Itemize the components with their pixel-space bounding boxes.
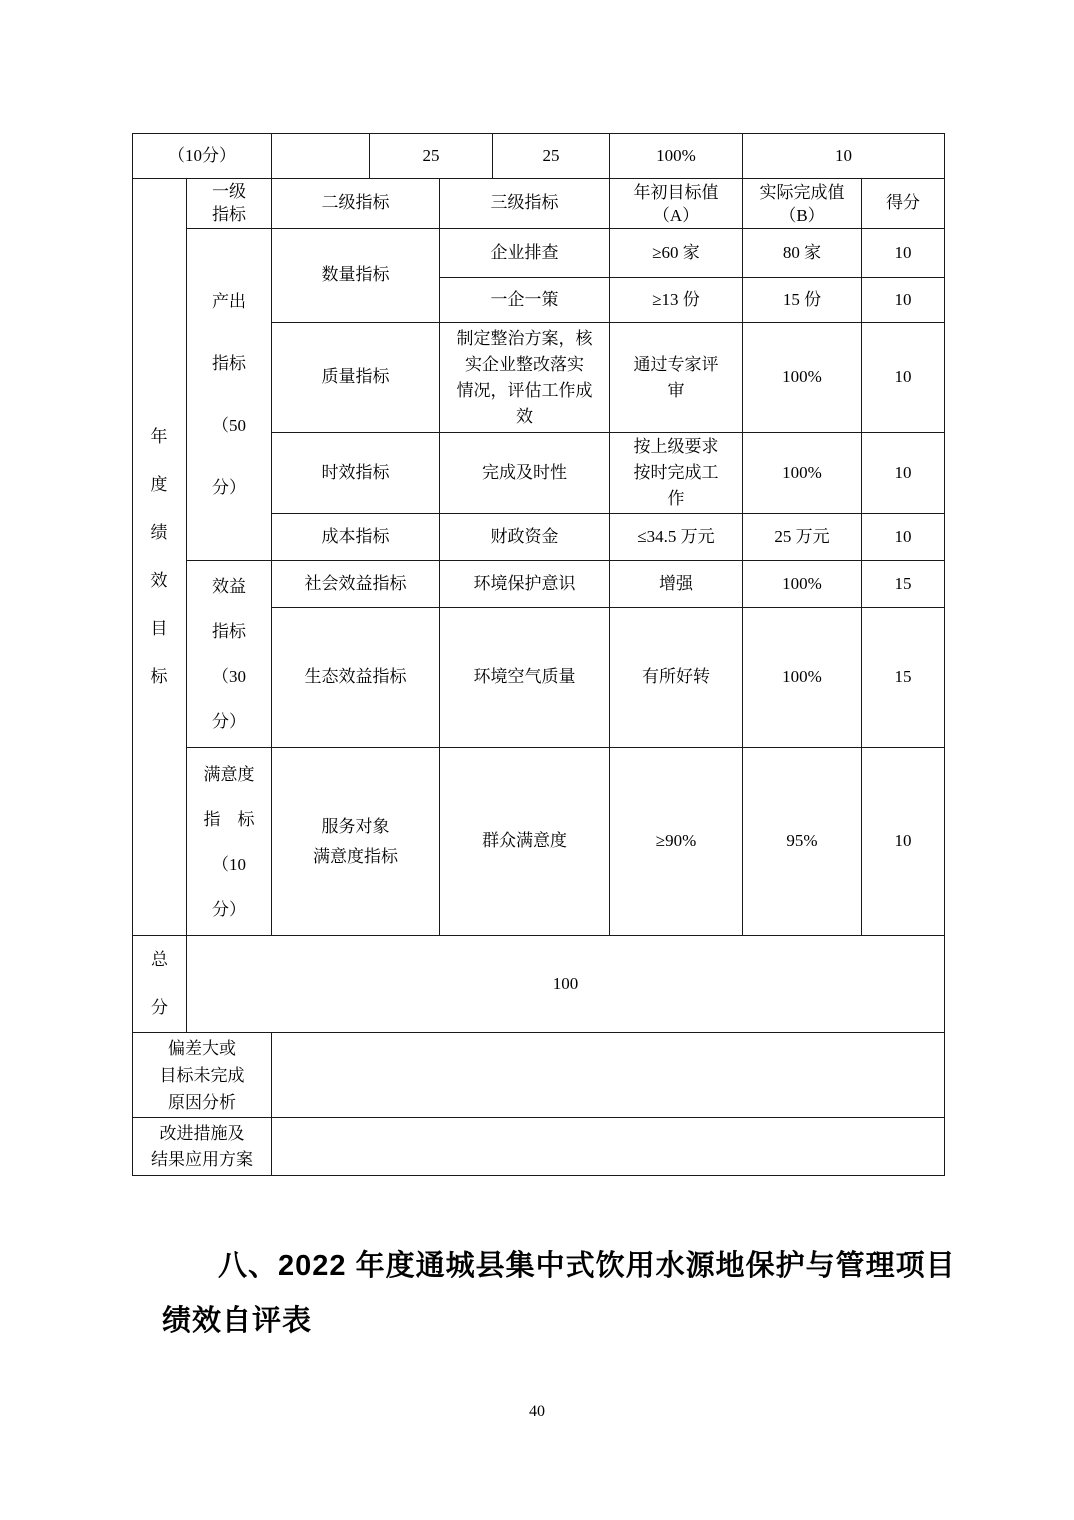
actual-cell: 95% xyxy=(743,748,862,936)
level2-cell: 生态效益指标 xyxy=(272,608,440,748)
target-cell: 按上级要求 按时完成工 作 xyxy=(610,433,743,514)
level3-cell: 财政资金 xyxy=(440,514,610,561)
table-row: 效益 指标 （30 分） 社会效益指标 环境保护意识 增强 100% 15 xyxy=(133,561,945,608)
actual-cell: 25 万元 xyxy=(743,514,862,561)
section-heading-line2: 绩效自评表 xyxy=(162,1298,312,1339)
carryover-empty-cell xyxy=(272,134,370,179)
deviation-row: 偏差大或 目标未完成 原因分析 xyxy=(133,1033,945,1118)
page-number: 40 xyxy=(0,1403,1074,1421)
target-cell: ≤34.5 万元 xyxy=(610,514,743,561)
actual-cell: 15 份 xyxy=(743,278,862,323)
group-output-indicator: 产出 指标 （50 分） xyxy=(187,229,272,561)
level3-cell: 环境保护意识 xyxy=(440,561,610,608)
level3-cell: 一企一策 xyxy=(440,278,610,323)
level3-cell: 环境空气质量 xyxy=(440,608,610,748)
deviation-value xyxy=(272,1033,945,1118)
level3-cell: 群众满意度 xyxy=(440,748,610,936)
level2-cell: 社会效益指标 xyxy=(272,561,440,608)
target-cell: 增强 xyxy=(610,561,743,608)
carryover-row: （10分） 25 25 100% 10 xyxy=(133,134,945,179)
header-level3: 三级指标 xyxy=(440,179,610,229)
level3-cell: 完成及时性 xyxy=(440,433,610,514)
table-row: 满意度 指 标 （10 分） 服务对象 满意度指标 群众满意度 ≥90% 95%… xyxy=(133,748,945,936)
document-page: （10分） 25 25 100% 10 年 度 绩 效 目 标 一级 指标 二级… xyxy=(0,0,1074,1520)
target-cell: ≥13 份 xyxy=(610,278,743,323)
score-cell: 10 xyxy=(862,433,945,514)
score-cell: 10 xyxy=(862,278,945,323)
total-score-label: 总 分 xyxy=(133,936,187,1033)
score-cell: 10 xyxy=(862,514,945,561)
score-cell: 10 xyxy=(862,748,945,936)
total-score-row: 总 分 100 xyxy=(133,936,945,1033)
carryover-value-cell: 25 xyxy=(493,134,610,179)
improvement-label: 改进措施及 结果应用方案 xyxy=(133,1118,272,1176)
header-level2: 二级指标 xyxy=(272,179,440,229)
carryover-value-cell: 25 xyxy=(370,134,493,179)
section-heading-line1: 八、2022 年度通城县集中式饮用水源地保护与管理项目 xyxy=(218,1243,956,1284)
level3-cell: 企业排查 xyxy=(440,229,610,278)
target-cell: 有所好转 xyxy=(610,608,743,748)
total-score-value: 100 xyxy=(187,936,945,1033)
header-target: 年初目标值 （A） xyxy=(610,179,743,229)
improvement-value xyxy=(272,1118,945,1176)
group-quantity-indicator: 数量指标 xyxy=(272,229,440,323)
level2-cell: 服务对象 满意度指标 xyxy=(272,748,440,936)
improvement-row: 改进措施及 结果应用方案 xyxy=(133,1118,945,1176)
header-score: 得分 xyxy=(862,179,945,229)
carryover-row-table: （10分） 25 25 100% 10 xyxy=(132,133,945,179)
level2-cell: 时效指标 xyxy=(272,433,440,514)
level3-cell: 制定整治方案，核 实企业整改落实 情况，评估工作成 效 xyxy=(440,323,610,433)
table-row: 产出 指标 （50 分） 数量指标 企业排查 ≥60 家 80 家 10 xyxy=(133,229,945,278)
target-cell: ≥60 家 xyxy=(610,229,743,278)
score-cell: 15 xyxy=(862,561,945,608)
actual-cell: 100% xyxy=(743,608,862,748)
level2-cell: 质量指标 xyxy=(272,323,440,433)
group-benefit-indicator: 效益 指标 （30 分） xyxy=(187,561,272,748)
performance-self-eval-table: （10分） 25 25 100% 10 年 度 绩 效 目 标 一级 指标 二级… xyxy=(132,133,944,1176)
deviation-label: 偏差大或 目标未完成 原因分析 xyxy=(133,1033,272,1118)
actual-cell: 80 家 xyxy=(743,229,862,278)
annual-performance-table: 年 度 绩 效 目 标 一级 指标 二级指标 三级指标 年初目标值 （A） 实际… xyxy=(132,178,945,1176)
score-cell: 10 xyxy=(862,229,945,278)
row-axis-label: 年 度 绩 效 目 标 xyxy=(133,179,187,936)
header-actual: 实际完成值 （B） xyxy=(743,179,862,229)
carryover-score-weight-cell: （10分） xyxy=(133,134,272,179)
target-cell: 通过专家评 审 xyxy=(610,323,743,433)
actual-cell: 100% xyxy=(743,433,862,514)
header-row: 年 度 绩 效 目 标 一级 指标 二级指标 三级指标 年初目标值 （A） 实际… xyxy=(133,179,945,229)
carryover-percent-cell: 100% xyxy=(610,134,743,179)
header-level1: 一级 指标 xyxy=(187,179,272,229)
target-cell: ≥90% xyxy=(610,748,743,936)
score-cell: 10 xyxy=(862,323,945,433)
carryover-score-cell: 10 xyxy=(743,134,945,179)
score-cell: 15 xyxy=(862,608,945,748)
actual-cell: 100% xyxy=(743,323,862,433)
level2-cell: 成本指标 xyxy=(272,514,440,561)
group-satisfaction-indicator: 满意度 指 标 （10 分） xyxy=(187,748,272,936)
actual-cell: 100% xyxy=(743,561,862,608)
